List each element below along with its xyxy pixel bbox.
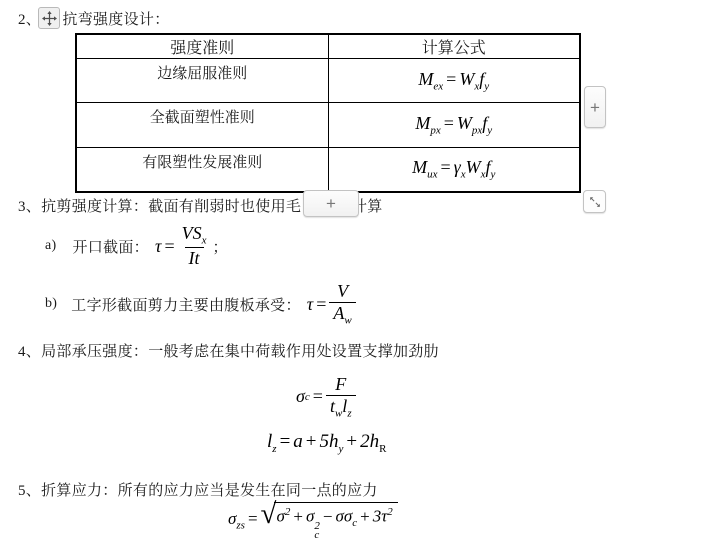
formula-lz: lz=a+5hy+2hR bbox=[267, 431, 386, 455]
formula-tau-open-section: τ=VSxIt bbox=[155, 223, 211, 269]
table-header-criterion: 强度准则 bbox=[76, 34, 328, 59]
formula-mux: Mux=γxWxfy bbox=[412, 157, 495, 177]
table-header-row: 强度准则 计算公式 bbox=[76, 34, 580, 59]
radical: √ σ2+σ2c−σσc+3τ2 bbox=[261, 501, 398, 540]
formula-sigma-c: σc = Ftwlz bbox=[296, 374, 356, 420]
inline-add-button[interactable]: + bbox=[303, 190, 359, 217]
plus-icon: + bbox=[590, 99, 600, 116]
strength-criteria-table: 强度准则 计算公式 边缘屈服准则 Mex=Wxfy 全截面塑性准则 Mpx=Wp… bbox=[75, 33, 581, 193]
item-a-tail: ； bbox=[213, 236, 228, 257]
formula-cell: Mex=Wxfy bbox=[328, 59, 580, 103]
item-b-label: b) bbox=[45, 296, 57, 312]
criterion-cell: 全截面塑性准则 bbox=[76, 103, 328, 148]
table-row: 边缘屈服准则 Mex=Wxfy bbox=[76, 59, 580, 103]
formula-tau-web: τ=VAw bbox=[307, 281, 356, 327]
formula-cell: Mux=γxWxfy bbox=[328, 148, 580, 192]
table-move-handle[interactable] bbox=[38, 7, 60, 29]
table-add-column-button[interactable]: + bbox=[584, 86, 606, 128]
item-a-line: a) 开口截面： τ=VSxIt ； bbox=[45, 228, 228, 264]
table-row: 有限塑性发展准则 Mux=γxWxfy bbox=[76, 148, 580, 192]
item-b-line: b) 工字形截面剪力主要由腹板承受： τ=VAw bbox=[45, 283, 356, 325]
move-icon bbox=[42, 11, 57, 26]
formula-sigma-zs: σzs= √ σ2+σ2c−σσc+3τ2 bbox=[228, 501, 398, 540]
heading-item-2: 2、截 抗弯强度设计： bbox=[18, 7, 170, 29]
criterion-cell: 边缘屈服准则 bbox=[76, 59, 328, 103]
table-row: 全截面塑性准则 Mpx=Wpxfy bbox=[76, 103, 580, 148]
formula-mpx: Mpx=Wpxfy bbox=[415, 113, 492, 133]
item-4-text: 4、局部承压强度：一般考虑在集中荷载作用处设置支撑加劲肋 bbox=[18, 340, 439, 361]
item-3-text-before: 3、抗剪强度计算：截面有削弱时也使用毛 bbox=[18, 195, 301, 216]
expand-icon bbox=[588, 195, 602, 209]
table-header-formula: 计算公式 bbox=[328, 34, 580, 59]
formula-mex: Mex=Wxfy bbox=[418, 69, 489, 89]
heading-item-2-suffix: 抗弯强度设计： bbox=[62, 8, 169, 29]
item-a-text: 开口截面： bbox=[72, 236, 149, 257]
item-b-text: 工字形截面剪力主要由腹板承受： bbox=[71, 294, 301, 315]
formula-cell: Mpx=Wpxfy bbox=[328, 103, 580, 148]
item-a-label: a) bbox=[45, 238, 56, 254]
plus-icon: + bbox=[326, 195, 336, 212]
item-5-text: 5、折算应力：所有的应力应当是发生在同一点的应力 bbox=[18, 479, 378, 500]
expand-button[interactable] bbox=[583, 190, 606, 213]
criterion-cell: 有限塑性发展准则 bbox=[76, 148, 328, 192]
